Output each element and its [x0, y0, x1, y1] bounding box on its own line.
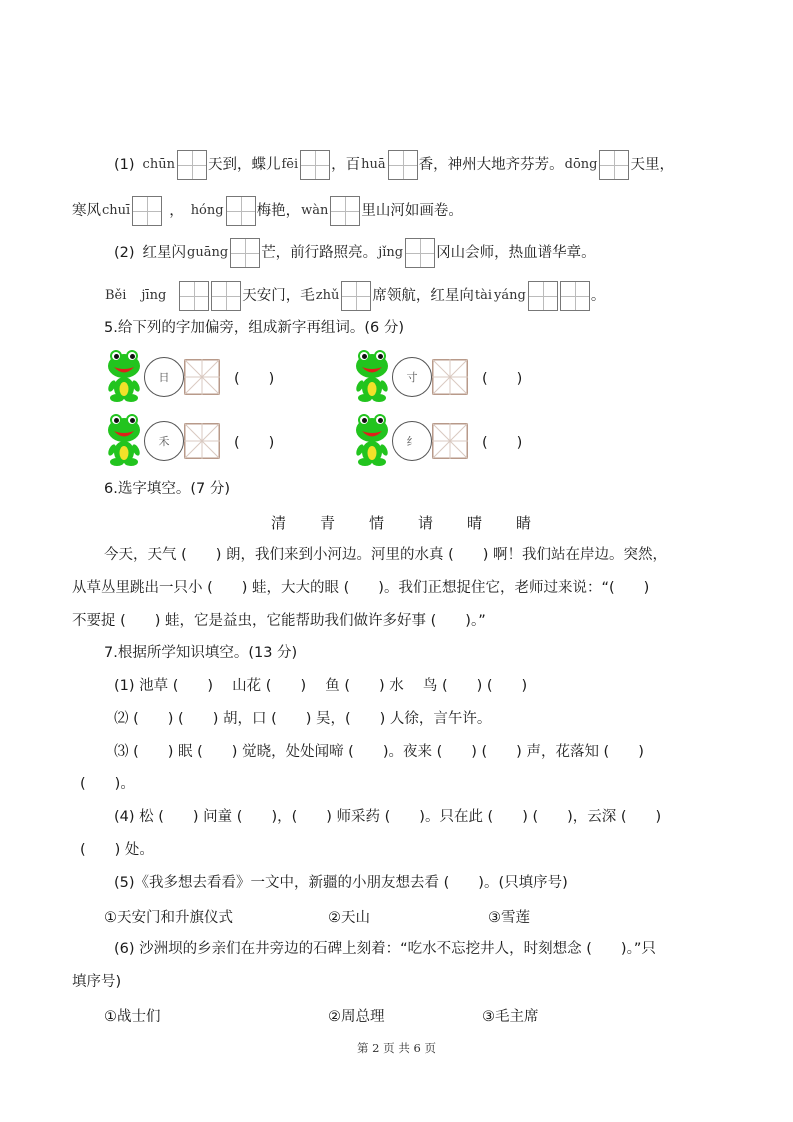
q6-passage-line: 不要捉 ( ) 蛙，它是益虫，它能帮助我们做许多好事 ( )。”: [72, 611, 486, 631]
fill-text: ( ) 处。: [80, 840, 154, 860]
answer-grid[interactable]: [226, 196, 256, 226]
text: 里山河如画卷。: [361, 201, 463, 221]
q7-line: ⑵ ( ) ( ) 胡，口 ( ) 吴，( ) 人徐，言午许。: [114, 709, 491, 729]
q7-6-option-3: ③毛主席: [482, 1005, 539, 1026]
fill-text: ⑵ ( ) ( ) 胡，口 ( ) 吴，( ) 人徐，言午许。: [114, 709, 491, 729]
mizi-grid-answer[interactable]: [184, 359, 220, 395]
answer-grid[interactable]: [177, 150, 207, 180]
q7-5-option-3: ③雪莲: [488, 906, 530, 927]
q6-title: 6.选字填空。(7 分): [104, 479, 230, 499]
answer-grid[interactable]: [230, 238, 260, 268]
q5-item-4: 纟 ( ): [354, 411, 522, 471]
text: ，: [169, 201, 184, 221]
passage-text: 今天，天气 ( ) 朗，我们来到小河边。河里的水真 ( ) 啊！我们站在岸边。突…: [104, 545, 667, 565]
text: 冈山会师，热血谱华章。: [436, 243, 596, 263]
pinyin: chūn: [143, 155, 175, 175]
word-blank[interactable]: ( ): [234, 367, 274, 388]
q7-line: (4) 松 ( ) 问童 ( )，( ) 师采药 ( )。只在此 ( ) ( )…: [114, 807, 661, 827]
text: 席领航，红星向: [372, 286, 474, 306]
pinyin: dōng: [565, 155, 598, 175]
base-character: 禾: [144, 421, 184, 461]
q7-6-option-1: ①战士们: [104, 1005, 161, 1026]
answer-grid[interactable]: [211, 281, 241, 311]
frog-icon: [354, 347, 390, 407]
q6-choice-list: 清 青 情 请 晴 睛: [271, 512, 565, 533]
question-title: 5.给下列的字加偏旁，组成新字再组词。(6 分): [104, 318, 404, 338]
pinyin: fēi: [281, 155, 298, 175]
q7-line: (6) 沙洲坝的乡亲们在井旁边的石碑上刻着：“吃水不忘挖井人，时刻想念 ( )。…: [114, 939, 656, 959]
fill-text: (4) 松 ( ) 问童 ( )，( ) 师采药 ( )。只在此 ( ) ( )…: [114, 807, 661, 827]
choice-char: 晴: [467, 512, 516, 533]
frog-icon: [354, 411, 390, 471]
frog-icon: [106, 411, 142, 471]
q7-6-option-2: ②周总理: [328, 1005, 385, 1026]
word-blank[interactable]: ( ): [482, 431, 522, 452]
q5-item-3: 禾 ( ): [106, 411, 274, 471]
pinyin: hóng: [191, 201, 224, 221]
answer-grid[interactable]: [300, 150, 330, 180]
pinyin: jīng: [141, 286, 166, 306]
pinyin: jǐng: [378, 243, 403, 263]
text: 香，神州大地齐芬芳。: [419, 155, 564, 175]
fill-text: (1) 池草 ( ) 山花 ( ) 鱼 ( ) 水 鸟 ( ) ( ): [114, 676, 527, 696]
text: 梅艳，: [257, 201, 301, 221]
answer-grid[interactable]: [330, 196, 360, 226]
q4-part1-label: (1): [114, 155, 135, 175]
q7-line: (5)《我多想去看看》一文中，新疆的小朋友想去看 ( )。(只填序号): [114, 873, 568, 893]
mizi-grid-answer[interactable]: [432, 359, 468, 395]
choice-char: 睛: [516, 512, 565, 533]
answer-grid[interactable]: [179, 281, 209, 311]
base-character: 寸: [392, 357, 432, 397]
q7-line: ( ) 处。: [80, 840, 154, 860]
text: 天里，: [630, 155, 674, 175]
base-character: 日: [144, 357, 184, 397]
pinyin: zhǔ: [316, 286, 340, 306]
q4-part2-line1: (2) 红星闪 guāng 芒，前行路照亮。 jǐng 冈山会师，热血谱华章。: [114, 238, 596, 268]
answer-grid[interactable]: [405, 238, 435, 268]
q5-item-1: 日 ( ): [106, 347, 274, 407]
text: 天安门，毛: [242, 286, 315, 306]
q7-title: 7.根据所学知识填空。(13 分): [104, 643, 297, 663]
q4-part2-label: (2): [114, 243, 135, 263]
text: 寒风: [72, 201, 101, 221]
q7-line: ( )。: [80, 774, 135, 794]
q6-passage-line: 今天，天气 ( ) 朗，我们来到小河边。河里的水真 ( ) 啊！我们站在岸边。突…: [104, 545, 667, 565]
pinyin: Běi: [105, 286, 126, 306]
mizi-grid-answer[interactable]: [432, 423, 468, 459]
text: 红星闪: [143, 243, 187, 263]
text: 。: [591, 286, 606, 306]
word-blank[interactable]: ( ): [234, 431, 274, 452]
choice-char: 请: [418, 512, 467, 533]
text: ，百: [331, 155, 360, 175]
q5-item-2: 寸 ( ): [354, 347, 522, 407]
passage-text: 不要捉 ( ) 蛙，它是益虫，它能帮助我们做许多好事 ( )。”: [72, 611, 486, 631]
pinyin: guāng: [187, 243, 228, 263]
question-title: 7.根据所学知识填空。(13 分): [104, 643, 297, 663]
fill-text: ⑶ ( ) 眠 ( ) 觉晓，处处闻啼 ( )。夜来 ( ) ( ) 声，花落知…: [114, 742, 644, 762]
q7-line: ⑶ ( ) 眠 ( ) 觉晓，处处闻啼 ( )。夜来 ( ) ( ) 声，花落知…: [114, 742, 644, 762]
answer-grid[interactable]: [599, 150, 629, 180]
fill-text: 填序号): [72, 972, 121, 992]
passage-text: 从草丛里跳出一只小 ( ) 蛙，大大的眼 ( )。我们正想捉住它，老师过来说：“…: [72, 578, 649, 598]
q7-5-option-1: ①天安门和升旗仪式: [104, 906, 233, 927]
choice-char: 青: [320, 512, 369, 533]
pinyin: yáng: [494, 286, 526, 306]
answer-grid[interactable]: [341, 281, 371, 311]
q4-part2-line2: Běi jīng 天安门，毛 zhǔ 席领航，红星向 tài yáng 。: [104, 281, 605, 311]
fill-text: (5)《我多想去看看》一文中，新疆的小朋友想去看 ( )。(只填序号): [114, 873, 568, 893]
mizi-grid-answer[interactable]: [184, 423, 220, 459]
text: 天到，蝶儿: [208, 155, 281, 175]
pinyin: chuī: [102, 201, 130, 221]
base-character: 纟: [392, 421, 432, 461]
q6-passage-line: 从草丛里跳出一只小 ( ) 蛙，大大的眼 ( )。我们正想捉住它，老师过来说：“…: [72, 578, 649, 598]
answer-grid[interactable]: [388, 150, 418, 180]
answer-grid[interactable]: [528, 281, 558, 311]
q7-line: (1) 池草 ( ) 山花 ( ) 鱼 ( ) 水 鸟 ( ) ( ): [114, 676, 527, 696]
page-footer: 第 2 页 共 6 页: [0, 1040, 793, 1056]
answer-grid[interactable]: [132, 196, 162, 226]
q4-part1-line1: (1) chūn 天到，蝶儿 fēi ，百 huā 香，神州大地齐芬芳。 dōn…: [114, 150, 674, 180]
question-title: 6.选字填空。(7 分): [104, 479, 230, 499]
fill-text: (6) 沙洲坝的乡亲们在井旁边的石碑上刻着：“吃水不忘挖井人，时刻想念 ( )。…: [114, 939, 656, 959]
q7-line: 填序号): [72, 972, 121, 992]
choice-char: 情: [369, 512, 418, 533]
text: 芒，前行路照亮。: [261, 243, 377, 263]
q5-title: 5.给下列的字加偏旁，组成新字再组词。(6 分): [104, 318, 404, 338]
frog-icon: [106, 347, 142, 407]
q7-5-option-2: ②天山: [328, 906, 370, 927]
pinyin: huā: [361, 155, 386, 175]
fill-text: ( )。: [80, 774, 135, 794]
answer-grid[interactable]: [560, 281, 590, 311]
choice-char: 清: [271, 512, 320, 533]
word-blank[interactable]: ( ): [482, 367, 522, 388]
q4-part1-line2: 寒风 chuī ， hóng 梅艳， wàn 里山河如画卷。: [72, 196, 463, 226]
pinyin: tài: [475, 286, 492, 306]
pinyin: wàn: [301, 201, 328, 221]
